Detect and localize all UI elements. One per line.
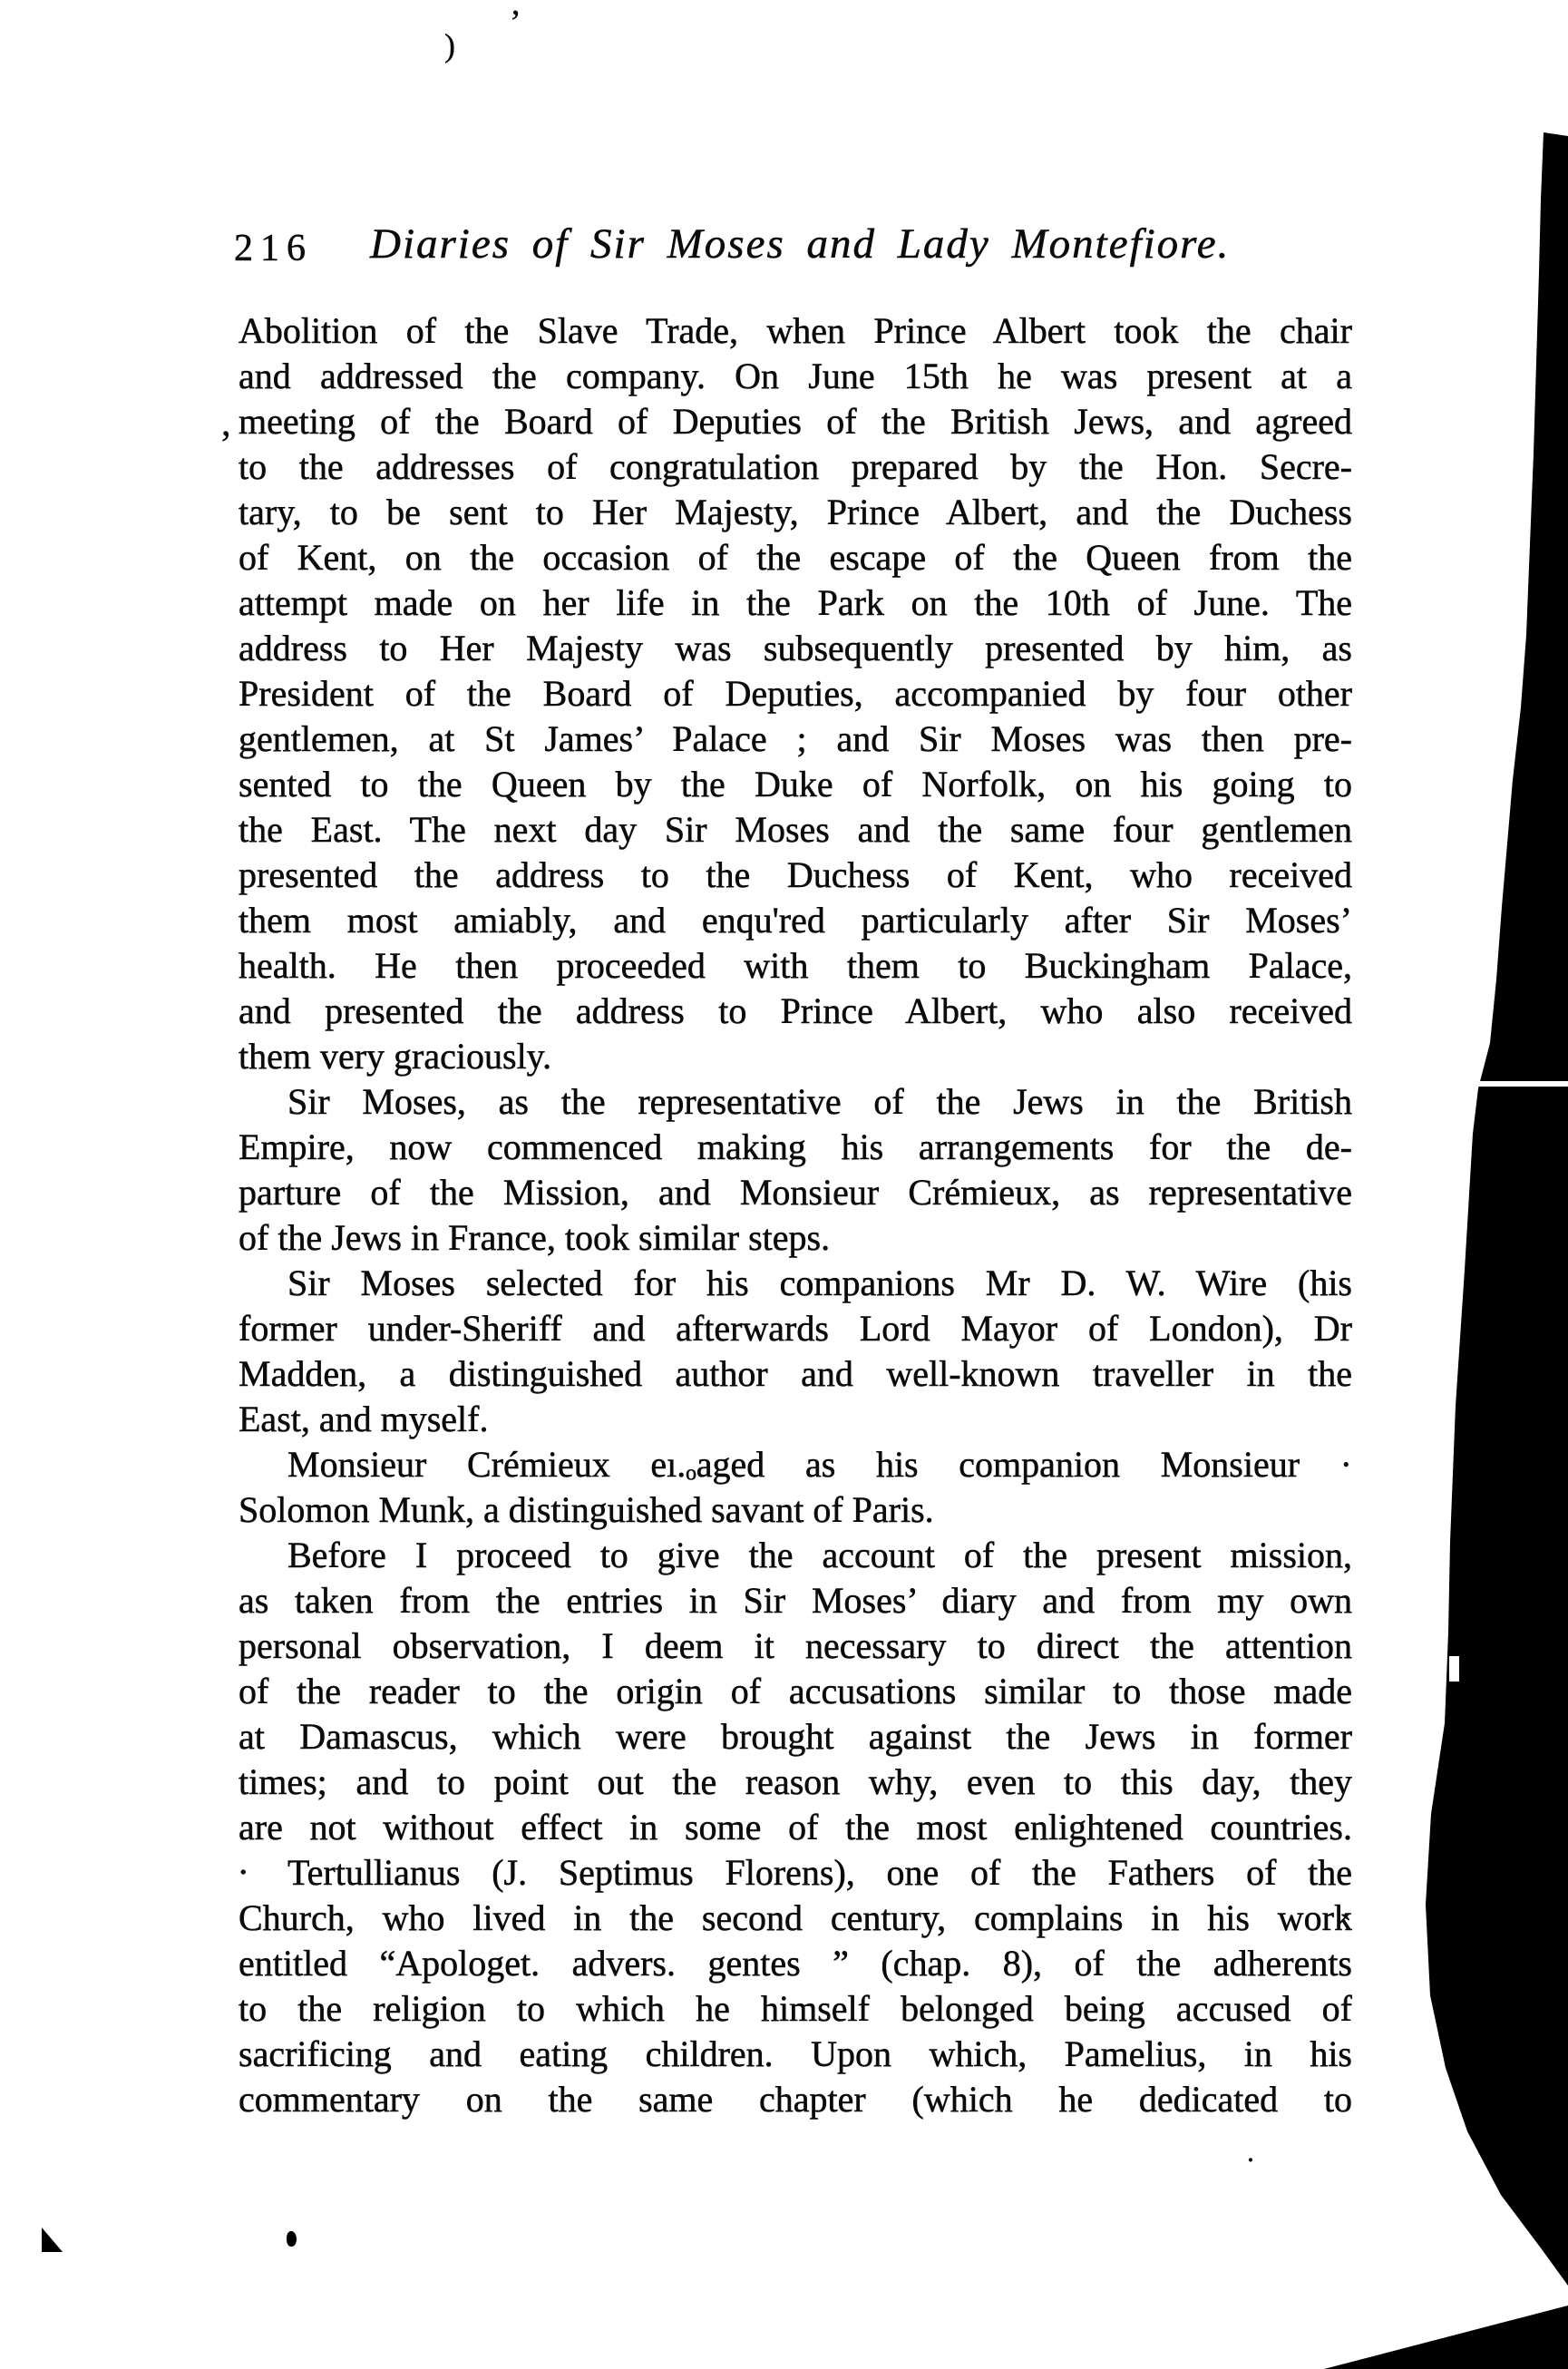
text-line: entitled “Apologet. advers. gentes ” (ch… <box>239 1941 1352 1986</box>
running-title: Diaries of Sir Moses and Lady Montefiore… <box>370 219 1230 268</box>
scan-stray-mark: ’ <box>510 5 521 40</box>
text-line: parture of the Mission, and Monsieur Cré… <box>239 1170 1352 1215</box>
text-line: health. He then proceeded with them to B… <box>239 943 1352 989</box>
text-line: of the reader to the origin of accusatio… <box>239 1669 1352 1714</box>
text-line: personal observation, I deem it necessar… <box>239 1623 1352 1669</box>
text-line: tary, to be sent to Her Majesty, Prince … <box>239 490 1352 535</box>
text-line: meeting of the Board of Deputies of the … <box>239 399 1352 444</box>
text-line: sacrificing and eating children. Upon wh… <box>239 2032 1352 2077</box>
text-line: are not without effect in some of the mo… <box>239 1805 1352 1850</box>
text-line: of the Jews in France, took similar step… <box>239 1215 1352 1261</box>
text-line: at Damascus, which were brought against … <box>239 1714 1352 1760</box>
text-line: Tertullianus (J. Septimus Florens), one … <box>239 1850 1352 1896</box>
text-line: Sir Moses, as the representative of the … <box>239 1079 1352 1125</box>
text-line: commentary on the same chapter (which he… <box>239 2077 1352 2122</box>
scan-stray-mark: . <box>1247 2137 1254 2166</box>
scan-stray-mark: ) <box>444 29 455 62</box>
page-number: 216 <box>234 227 313 270</box>
text-line: Church, who lived in the second century,… <box>239 1896 1352 1941</box>
text-line: President of the Board of Deputies, acco… <box>239 671 1352 717</box>
text-line: former under-Sheriff and afterwards Lord… <box>239 1306 1352 1351</box>
text-line: them very graciously. <box>239 1034 1352 1079</box>
scan-stray-mark: ` <box>1339 1910 1352 1948</box>
text-line: and presented the address to Prince Albe… <box>239 989 1352 1034</box>
page-text: Abolition of the Slave Trade, when Princ… <box>239 308 1352 2122</box>
text-line: them most amiably, and enqu'red particul… <box>239 898 1352 943</box>
text-line: East, and myself. <box>239 1397 1352 1442</box>
text-line: Sir Moses selected for his companions Mr… <box>239 1261 1352 1306</box>
text-line: Monsieur Crémieux eı.ₒaged as his compan… <box>239 1442 1352 1487</box>
text-line: Empire, now commenced making his arrange… <box>239 1125 1352 1170</box>
scan-smudge-dot <box>287 2231 297 2247</box>
text-line: Abolition of the Slave Trade, when Princ… <box>239 308 1352 354</box>
text-line: Before I proceed to give the account of … <box>239 1533 1352 1578</box>
scanned-page: 216 Diaries of Sir Moses and Lady Montef… <box>0 0 1568 2369</box>
text-line: as taken from the entries in Sir Moses’ … <box>239 1578 1352 1623</box>
text-line: Madden, a distinguished author and well-… <box>239 1351 1352 1397</box>
text-line: the East. The next day Sir Moses and the… <box>239 807 1352 853</box>
scan-stray-mark: . <box>239 1843 248 1881</box>
text-line: gentlemen, at St James’ Palace ; and Sir… <box>239 717 1352 762</box>
text-line: to the religion to which he himself belo… <box>239 1986 1352 2032</box>
text-line: sented to the Queen by the Duke of Norfo… <box>239 762 1352 807</box>
text-line: presented the address to the Duchess of … <box>239 853 1352 898</box>
text-line: and addressed the company. On June 15th … <box>239 354 1352 399</box>
text-line: address to Her Majesty was subsequently … <box>239 626 1352 671</box>
text-line: Solomon Munk, a distinguished savant of … <box>239 1487 1352 1533</box>
text-line: to the addresses of congratulation prepa… <box>239 444 1352 490</box>
text-line: attempt made on her life in the Park on … <box>239 580 1352 626</box>
scan-stray-mark: , <box>221 405 231 443</box>
text-line: of Kent, on the occasion of the escape o… <box>239 535 1352 580</box>
scan-smudge-triangle <box>42 2228 63 2252</box>
text-line: times; and to point out the reason why, … <box>239 1760 1352 1805</box>
